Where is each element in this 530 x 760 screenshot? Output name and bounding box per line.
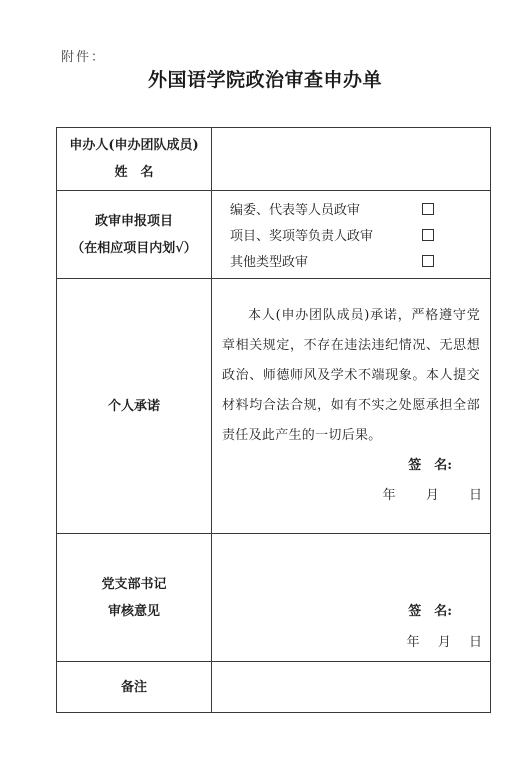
applicant-name-field[interactable] (212, 128, 491, 191)
option-other-type[interactable]: 其他类型政审 (212, 248, 490, 274)
secretary-review-row: 党支部书记 审核意见 签 名: 年 月 日 (57, 534, 491, 662)
pledge-content-cell: 本人(申办团队成员)承诺，严格遵守党章相关规定，不存在违法违纪情况、无思想政治、… (212, 279, 491, 534)
checkbox-icon[interactable] (422, 203, 434, 215)
option-label: 编委、代表等人员政审 (230, 199, 360, 218)
pledge-signature-field[interactable]: 签 名: (212, 451, 490, 481)
secretary-review-label-cell: 党支部书记 审核意见 (57, 534, 212, 662)
secretary-review-label-line2: 审核意见 (57, 598, 211, 625)
date-month: 月 (438, 635, 451, 650)
remarks-label: 备注 (57, 662, 212, 713)
pledge-row: 个人承诺 本人(申办团队成员)承诺，严格遵守党章相关规定，不存在违法违纪情况、无… (57, 279, 491, 534)
secretary-signature-field[interactable]: 签 名: (408, 600, 452, 619)
remarks-field[interactable] (212, 662, 491, 713)
form-title: 外国语学院政治审查申办单 (0, 65, 530, 92)
review-items-options: 编委、代表等人员政审 项目、奖项等负责人政审 其他类型政审 (212, 191, 491, 279)
remarks-row: 备注 (57, 662, 491, 713)
secretary-review-opinion-field[interactable]: 签 名: 年 月 日 (212, 534, 491, 662)
secretary-date-field[interactable]: 年 月 日 (393, 631, 482, 650)
applicant-label-line2: 姓 名 (57, 159, 211, 186)
applicant-label-line1: 申办人(申办团队成员) (57, 132, 211, 159)
review-items-label-line2: （在相应项目内划√） (57, 235, 211, 262)
option-project-award-leader[interactable]: 项目、奖项等负责人政审 (212, 222, 490, 248)
date-month: 月 (426, 488, 439, 503)
review-items-row: 政审申报项目 （在相应项目内划√） 编委、代表等人员政审 项目、奖项等负责人政审… (57, 191, 491, 279)
date-year: 年 (383, 488, 396, 503)
pledge-text: 本人(申办团队成员)承诺，严格遵守党章相关规定，不存在违法违纪情况、无思想政治、… (212, 301, 490, 451)
option-editor-representative[interactable]: 编委、代表等人员政审 (212, 196, 490, 222)
applicant-row: 申办人(申办团队成员) 姓 名 (57, 128, 491, 191)
political-review-form-table: 申办人(申办团队成员) 姓 名 政审申报项目 （在相应项目内划√） 编委、代表等… (56, 127, 491, 713)
date-day: 日 (469, 635, 482, 650)
option-label: 其他类型政审 (230, 251, 308, 270)
review-items-label-cell: 政审申报项目 （在相应项目内划√） (57, 191, 212, 279)
checkbox-icon[interactable] (422, 229, 434, 241)
checkbox-icon[interactable] (422, 255, 434, 267)
pledge-label: 个人承诺 (57, 279, 212, 534)
attachment-label: 附件： (61, 46, 106, 65)
option-label: 项目、奖项等负责人政审 (230, 225, 373, 244)
review-items-label-line1: 政审申报项目 (57, 208, 211, 235)
date-day: 日 (469, 488, 482, 503)
date-year: 年 (407, 635, 420, 650)
secretary-review-label-line1: 党支部书记 (57, 571, 211, 598)
pledge-date-field[interactable]: 年 月 日 (212, 481, 490, 511)
applicant-label-cell: 申办人(申办团队成员) 姓 名 (57, 128, 212, 191)
